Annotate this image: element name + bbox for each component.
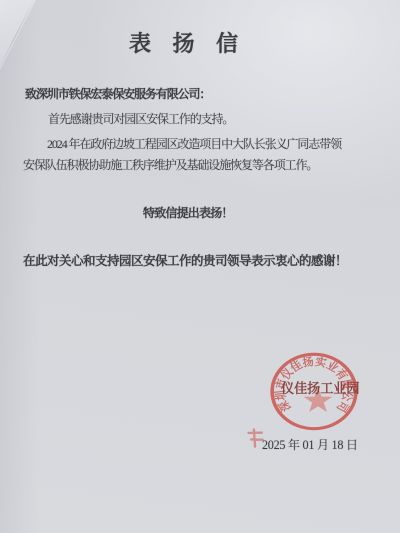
paragraph-project-line2: 安保队伍积极协助施工秩序维护及基础设施恢复等各项工作。 bbox=[23, 157, 317, 173]
letter-date: 2025 年 01 月 18 日 bbox=[262, 436, 358, 453]
paper-corner-fold bbox=[0, 0, 40, 75]
paragraph-intro: 首先感谢贵司对园区安保工作的支持。 bbox=[48, 111, 233, 127]
seal-center-text: 仪佳扬工业园 bbox=[281, 380, 359, 397]
letter-title: 表 扬 信 bbox=[129, 31, 246, 57]
commendation-statement: 特致信提出表扬！ bbox=[143, 205, 233, 221]
company-seal: 深圳市仪佳扬实业有限公司 仪佳扬工业园 bbox=[265, 348, 363, 435]
salutation-line: 致深圳市铁保宏泰保安服务有限公司： bbox=[25, 86, 210, 102]
gratitude-statement: 在此对关心和支持园区安保工作的贵司领导表示衷心的感谢！ bbox=[23, 253, 347, 269]
company-seal-graphic: 深圳市仪佳扬实业有限公司 仪佳扬工业园 bbox=[265, 348, 363, 435]
paragraph-project-line1: 2024 年在政府边坡工程园区改造项目中大队长张义广同志带领 bbox=[47, 136, 341, 152]
letter-photo: 表 扬 信 致深圳市铁保宏泰保安服务有限公司： 首先感谢贵司对园区安保工作的支持… bbox=[0, 0, 400, 533]
